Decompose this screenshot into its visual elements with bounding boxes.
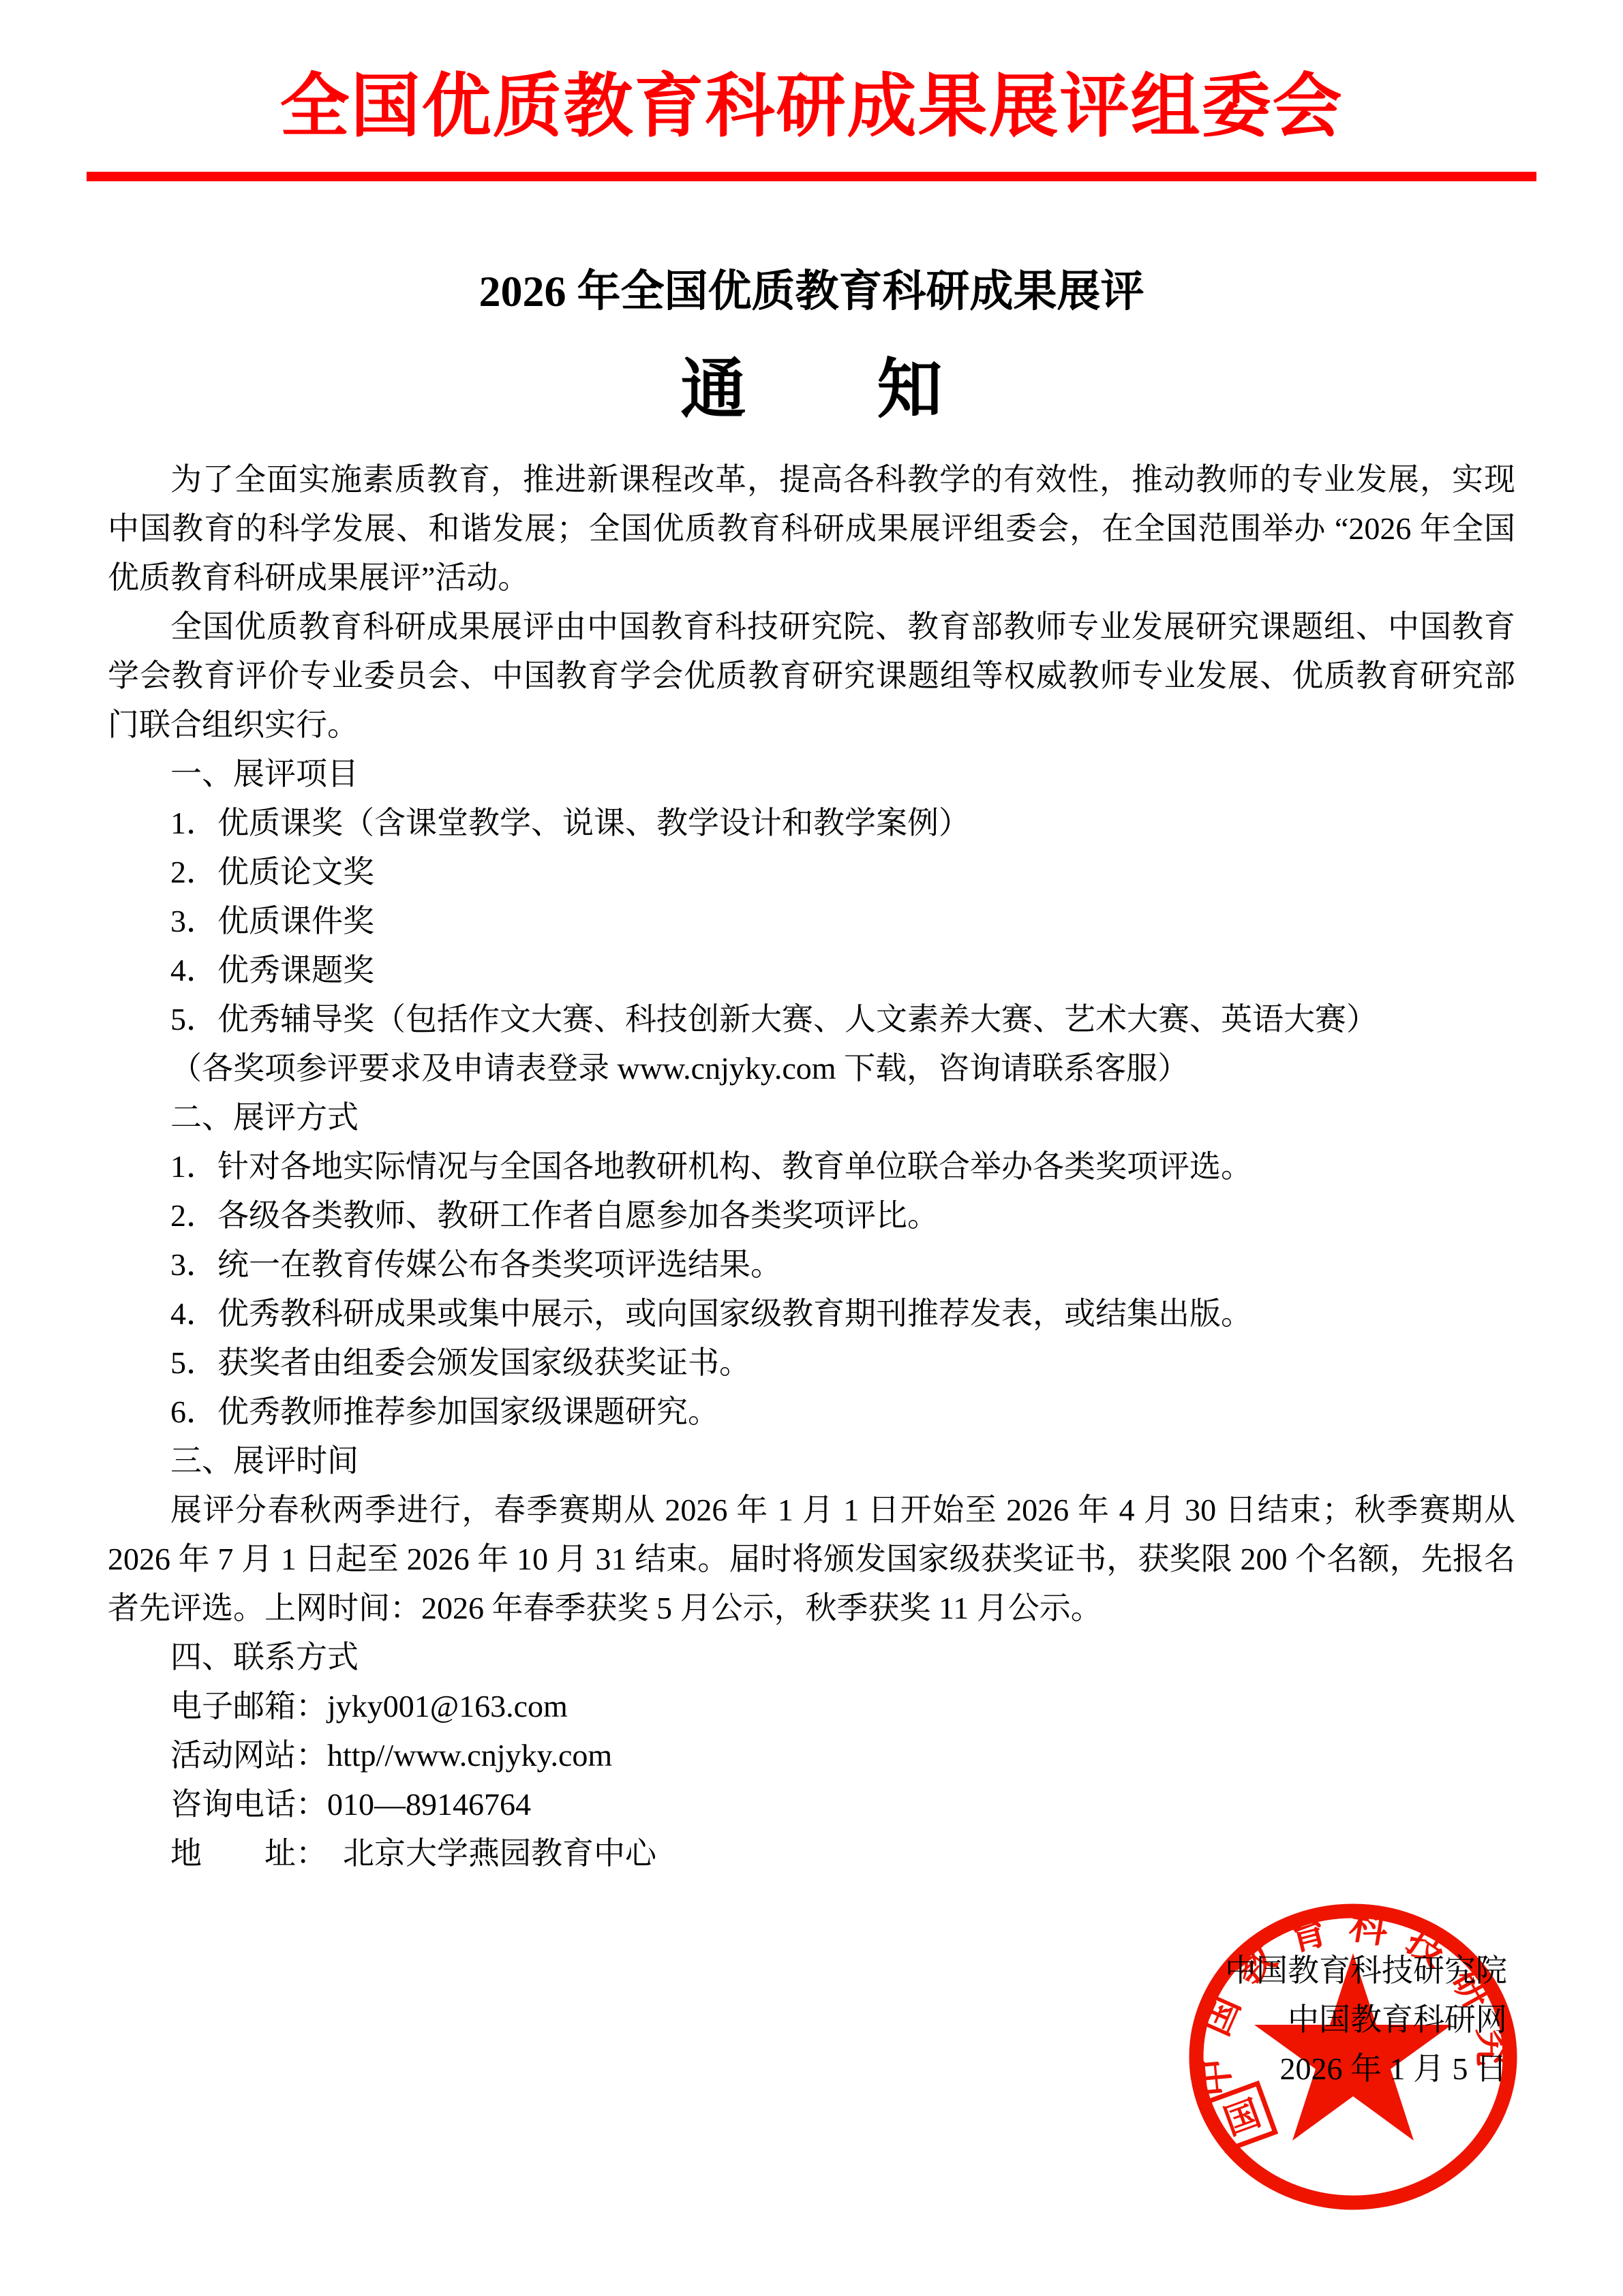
- signature-line: 中国教育科技研究院: [1225, 1946, 1507, 1995]
- section-heading: 二、展评方式: [108, 1093, 1515, 1142]
- list-item: 3．统一在教育传媒公布各类奖项评选结果。: [108, 1240, 1515, 1289]
- list-item: 1．优质课奖（含课堂教学、说课、教学设计和教学案例）: [108, 799, 1515, 848]
- header-divider-rule: [87, 172, 1536, 181]
- list-item: （各奖项参评要求及申请表登录 www.cnjyky.com 下载，咨询请联系客服…: [108, 1044, 1515, 1093]
- body-paragraph: 全国优质教育科研成果展评由中国教育科技研究院、教育部教师专业发展研究课题组、中国…: [108, 602, 1515, 750]
- list-item: 2．各级各类教师、教研工作者自愿参加各类奖项评比。: [108, 1191, 1515, 1240]
- document-title: 2026 年全国优质教育科研成果展评: [0, 266, 1623, 318]
- contact-line: 咨询电话：010—89146764: [108, 1780, 1515, 1829]
- list-item: 5．获奖者由组委会颁发国家级获奖证书。: [108, 1338, 1515, 1388]
- section-heading: 一、展评项目: [108, 750, 1515, 799]
- list-item: 6．优秀教师推荐参加国家级课题研究。: [108, 1388, 1515, 1437]
- signature-line: 中国教育科研网: [1225, 1995, 1507, 2045]
- list-item: 1．针对各地实际情况与全国各地教研机构、教育单位联合举办各类奖项评选。: [108, 1142, 1515, 1191]
- list-item: 4．优秀教科研成果或集中展示，或向国家级教育期刊推荐发表，或结集出版。: [108, 1289, 1515, 1338]
- org-header-title: 全国优质教育科研成果展评组委会: [0, 63, 1623, 153]
- contact-line: 电子邮箱：jyky001@163.com: [108, 1682, 1515, 1731]
- list-item: 5．优秀辅导奖（包括作文大赛、科技创新大赛、人文素养大赛、艺术大赛、英语大赛）: [108, 995, 1515, 1044]
- list-item: 4．优秀课题奖: [108, 946, 1515, 995]
- contact-line: 活动网站：http//www.cnjyky.com: [108, 1731, 1515, 1780]
- contact-line: 地 址： 北京大学燕园教育中心: [108, 1829, 1515, 1878]
- signature-block: 中国教育科技研究院中国教育科研网2026 年 1 月 5 日: [1225, 1946, 1507, 2094]
- notice-heading: 通 知: [0, 344, 1623, 435]
- section-heading: 四、联系方式: [108, 1633, 1515, 1682]
- list-item: 2．优质论文奖: [108, 848, 1515, 897]
- section-heading: 三、展评时间: [108, 1437, 1515, 1486]
- list-item: 3．优质课件奖: [108, 897, 1515, 946]
- document-page: 全国优质教育科研成果展评组委会 2026 年全国优质教育科研成果展评 通 知 为…: [0, 0, 1623, 2296]
- body-paragraph: 展评分春秋两季进行，春季赛期从 2026 年 1 月 1 日开始至 2026 年…: [108, 1486, 1515, 1633]
- document-body: 为了全面实施素质教育，推进新课程改革，提高各科教学的有效性，推动教师的专业发展，…: [108, 455, 1515, 1878]
- body-paragraph: 为了全面实施素质教育，推进新课程改革，提高各科教学的有效性，推动教师的专业发展，…: [108, 455, 1515, 602]
- signature-line: 2026 年 1 月 5 日: [1225, 2045, 1507, 2094]
